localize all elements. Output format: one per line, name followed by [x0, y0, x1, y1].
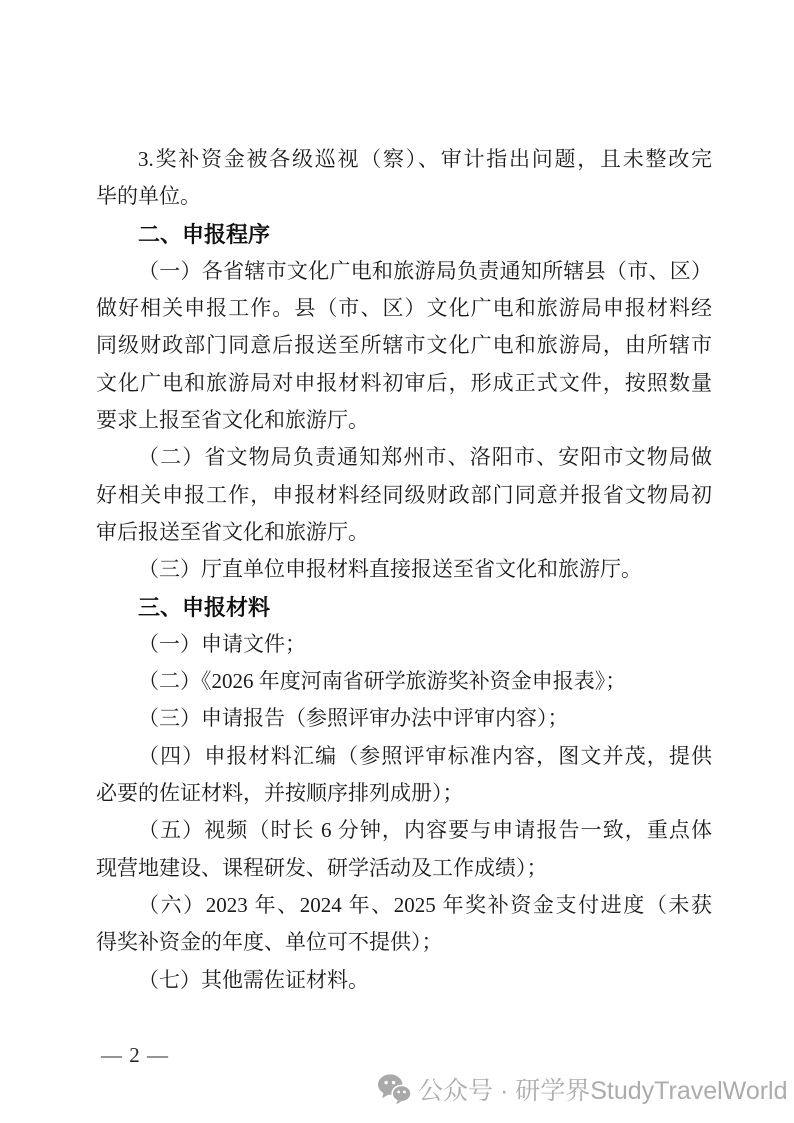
section-heading: 三、申报材料 [96, 589, 712, 626]
text-line: 三、申报材料 [96, 589, 712, 626]
paragraph: （七）其他需佐证材料。 [96, 962, 712, 999]
text-line: （五）视频（时长 6 分钟，内容要与申请报告一致，重点体 [96, 812, 712, 849]
text-line: 现营地建设、课程研发、研学活动及工作成绩）； [96, 850, 712, 887]
text-line: 必要的佐证材料，并按顺序排列成册）； [96, 775, 712, 812]
text-line: 同级财政部门同意后报送至所辖市文化广电和旅游局，由所辖市 [96, 327, 712, 364]
watermark: 公众号 · 研学界StudyTravelWorld [378, 1071, 788, 1107]
paragraph: （三）申请报告（参照评审办法中评审内容）； [96, 700, 712, 737]
paragraph: （五）视频（时长 6 分钟，内容要与申请报告一致，重点体现营地建设、课程研发、研… [96, 812, 712, 887]
text-line: （七）其他需佐证材料。 [96, 962, 712, 999]
document-page: 3.奖补资金被各级巡视（察）、审计指出问题，且未整改完毕的单位。二、申报程序（一… [0, 0, 794, 1123]
text-line: （一）各省辖市文化广电和旅游局负责通知所辖县（市、区） [96, 253, 712, 290]
text-line: 审后报送至省文化和旅游厅。 [96, 514, 712, 551]
paragraph: （四）申报材料汇编（参照评审标准内容，图文并茂，提供必要的佐证材料，并按顺序排列… [96, 738, 712, 813]
paragraph: （一）申请文件； [96, 626, 712, 663]
text-line: 毕的单位。 [96, 178, 712, 215]
text-line: （二）《2026 年度河南省研学旅游奖补资金申报表》； [96, 663, 712, 700]
paragraph: （六）2023 年、2024 年、2025 年奖补资金支付进度（未获得奖补资金的… [96, 887, 712, 962]
text-line: 要求上报至省文化和旅游厅。 [96, 402, 712, 439]
paragraph: （二）省文物局负责通知郑州市、洛阳市、安阳市文物局做好相关申报工作，申报材料经同… [96, 439, 712, 551]
text-line: 得奖补资金的年度、单位可不提供）； [96, 924, 712, 961]
text-line: 做好相关申报工作。县（市、区）文化广电和旅游局申报材料经 [96, 290, 712, 327]
text-line: （一）申请文件； [96, 626, 712, 663]
text-line: 好相关申报工作，申报材料经同级财政部门同意并报省文物局初 [96, 477, 712, 514]
section-heading: 二、申报程序 [96, 216, 712, 253]
paragraph: 3.奖补资金被各级巡视（察）、审计指出问题，且未整改完毕的单位。 [96, 141, 712, 216]
text-line: （三）申请报告（参照评审办法中评审内容）； [96, 700, 712, 737]
paragraph: （一）各省辖市文化广电和旅游局负责通知所辖县（市、区）做好相关申报工作。县（市、… [96, 253, 712, 439]
text-line: （三）厅直单位申报材料直接报送至省文化和旅游厅。 [96, 551, 712, 588]
wechat-icon [378, 1074, 411, 1105]
text-line: 3.奖补资金被各级巡视（察）、审计指出问题，且未整改完 [96, 141, 712, 178]
document-body: 3.奖补资金被各级巡视（察）、审计指出问题，且未整改完毕的单位。二、申报程序（一… [96, 141, 712, 999]
text-line: 文化广电和旅游局对申报材料初审后，形成正式文件，按照数量 [96, 365, 712, 402]
text-line: （四）申报材料汇编（参照评审标准内容，图文并茂，提供 [96, 738, 712, 775]
text-line: （二）省文物局负责通知郑州市、洛阳市、安阳市文物局做 [96, 439, 712, 476]
paragraph: （三）厅直单位申报材料直接报送至省文化和旅游厅。 [96, 551, 712, 588]
paragraph: （二）《2026 年度河南省研学旅游奖补资金申报表》； [96, 663, 712, 700]
text-line: （六）2023 年、2024 年、2025 年奖补资金支付进度（未获 [96, 887, 712, 924]
watermark-text: 公众号 · 研学界StudyTravelWorld [418, 1071, 788, 1107]
page-number: — 2 — [101, 1043, 169, 1068]
text-line: 二、申报程序 [96, 216, 712, 253]
